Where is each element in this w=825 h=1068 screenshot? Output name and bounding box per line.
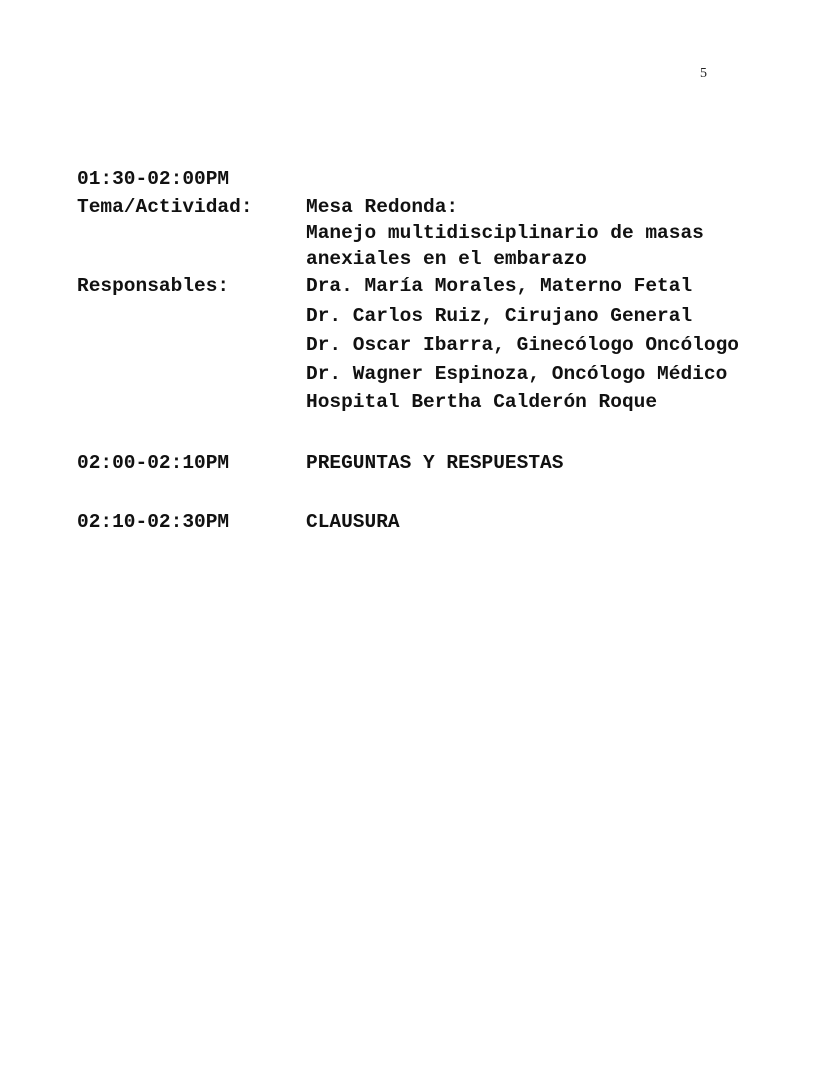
topic-line-3: anexiales en el embarazo: [306, 248, 587, 270]
topic-line-1: Mesa Redonda:: [306, 196, 458, 218]
agenda-time: 02:10-02:30PM: [77, 511, 229, 533]
agenda-time: 02:00-02:10PM: [77, 452, 229, 474]
agenda-activity: CLAUSURA: [306, 511, 400, 533]
responsable-2: Dr. Carlos Ruiz, Cirujano General: [306, 305, 692, 327]
agenda-activity: PREGUNTAS Y RESPUESTAS: [306, 452, 563, 474]
responsable-4: Dr. Wagner Espinoza, Oncólogo Médico: [306, 363, 727, 385]
responsable-3: Dr. Oscar Ibarra, Ginecólogo Oncólogo: [306, 334, 739, 356]
page-number: 5: [700, 66, 707, 82]
topic-label: Tema/Actividad:: [77, 196, 253, 218]
responsables-label: Responsables:: [77, 275, 229, 297]
responsable-1: Dra. María Morales, Materno Fetal: [306, 275, 692, 297]
topic-line-2: Manejo multidisciplinario de masas: [306, 222, 704, 244]
responsable-institution: Hospital Bertha Calderón Roque: [306, 391, 657, 413]
session-time: 01:30-02:00PM: [77, 168, 229, 190]
